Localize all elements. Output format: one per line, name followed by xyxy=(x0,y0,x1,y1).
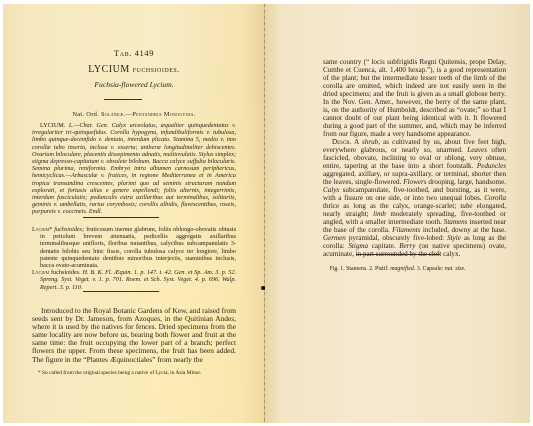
genus-character: LYCIUM. L.—Char. Gen. Calyx urceolatus, … xyxy=(32,122,236,216)
genus-char-label: L.—Char. Gen. xyxy=(69,122,108,129)
footnote-mark: * xyxy=(49,226,52,233)
description-term: Leaves xyxy=(467,146,487,154)
genus-char-body: Calyx urceolatus, æqualiter quinquedenta… xyxy=(32,122,236,215)
fig-1-label: Fig. 1. Stamens. xyxy=(329,266,367,272)
description-text: drooping, large, handsome. xyxy=(426,178,506,186)
nat-ord-prefix: Nat. Ord. xyxy=(72,111,99,118)
genus-char-author: Endl. xyxy=(89,208,102,215)
left-page: Tab. 4149 LYCIUM fuchsioides. Fuchsia-fl… xyxy=(3,4,265,423)
species-character: Lycium* fuchsioides; fruticosum inerme g… xyxy=(32,226,236,291)
introduction: Introduced to the Royal Botanic Gardens … xyxy=(32,307,236,364)
description-text: capitate. xyxy=(368,242,399,250)
species-name: fuchsioides; xyxy=(54,226,84,233)
fig-2-label: 2. Pistil: xyxy=(369,266,389,272)
description-term: Flowers xyxy=(403,178,426,186)
common-name: Fuchsia-flowered Lycium. xyxy=(3,80,265,89)
synonymy-lead: Lycium xyxy=(32,269,49,276)
fig-3-note: nat. size. xyxy=(445,266,466,272)
fig-2-note: magnified. xyxy=(390,266,415,272)
description-text: subcampanulate, five-toothed, and bursti… xyxy=(323,186,506,202)
description-term: Calyx xyxy=(323,186,340,194)
description-term: Style xyxy=(447,234,461,242)
right-page: same country (“ locis subfrigidis Regni … xyxy=(265,4,530,423)
description-text: A xyxy=(354,138,362,146)
description-term: Stamens xyxy=(444,218,468,226)
species-title: LYCIUM fuchsioides. xyxy=(3,64,265,75)
intro-paragraph: Introduced to the Royal Botanic Gardens … xyxy=(32,307,236,364)
description-text: thrice as long as the calyx, orange-scar… xyxy=(323,202,460,210)
divider xyxy=(356,254,440,255)
description-text: included, downy at the base. xyxy=(421,226,507,234)
fig-3-label: 3. Capsule: xyxy=(417,266,444,272)
continued-text: same country (“ locis subfrigidis Regni … xyxy=(323,58,506,258)
family-name: Solaneæ. xyxy=(101,111,126,118)
synonymy-name: fuchsioides. xyxy=(51,269,81,276)
species-epithet: fuchsioides. xyxy=(133,65,180,74)
description-term: Stigma xyxy=(348,242,368,250)
genus-name: LYCIUM xyxy=(88,64,129,75)
divider xyxy=(104,99,142,100)
description-text: pyramidal, obscurely five-lobed: xyxy=(346,234,447,242)
divider xyxy=(83,291,159,292)
description-term: limb xyxy=(373,210,386,218)
figure-caption: Fig. 1. Stamens. 2. Pistil: magnified. 3… xyxy=(265,266,530,272)
description-term: Berry xyxy=(399,242,415,250)
continuation-paragraph: same country (“ locis subfrigidis Regni … xyxy=(323,58,506,138)
natural-order: Nat. Ord. Solaneæ.—Pentandria Monogynia. xyxy=(3,111,265,118)
species-diagnosis-body: fruticosum inerme glabrum, foliis oblong… xyxy=(40,226,236,269)
description-term: tube xyxy=(460,202,472,210)
description-paragraph: Descr. A shrub, as cultivated by us, abo… xyxy=(323,138,506,258)
synonymy: Lycium fuchsioides. H. B. K. Fl. Æquin. … xyxy=(32,269,236,291)
footnote: * So called from the original species be… xyxy=(32,370,236,377)
description-term: Corolla xyxy=(484,194,506,202)
description-term: shrub xyxy=(362,138,378,146)
description-body: A shrub, as cultivated by us, about five… xyxy=(323,138,506,258)
plate-number-text: Tab. 4149 xyxy=(114,48,154,58)
species-lead: Lycium xyxy=(32,226,49,233)
description-term: Peduncles xyxy=(477,162,506,170)
genus-lead: LYCIUM. xyxy=(40,122,65,129)
species-diagnosis: Lycium* fuchsioides; fruticosum inerme g… xyxy=(32,226,236,269)
divider xyxy=(83,217,159,218)
description-lead: Descr. xyxy=(332,138,351,146)
linnaean-class: Pentandria Monogynia. xyxy=(132,111,195,118)
description-term: Filaments xyxy=(392,226,420,234)
description-term: Germen xyxy=(323,234,346,242)
book-spread: Tab. 4149 LYCIUM fuchsioides. Fuchsia-fl… xyxy=(3,4,530,423)
plate-number: Tab. 4149 xyxy=(3,48,265,58)
